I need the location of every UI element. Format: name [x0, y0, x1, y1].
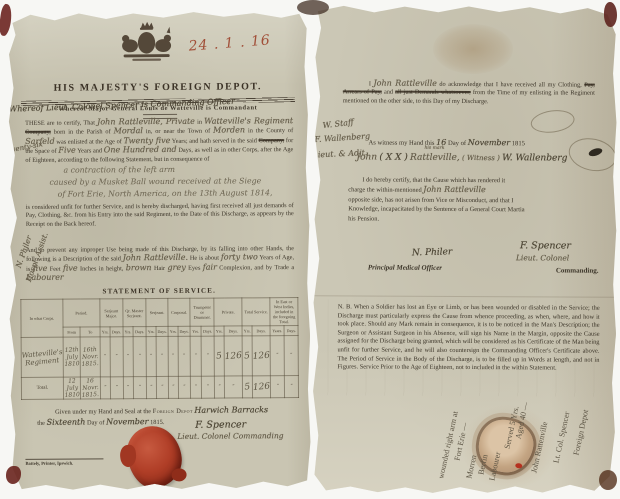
certification-paragraph: THESE are to certify, That John Rattlevi… — [25, 117, 293, 165]
ditto-cell: ″ — [123, 337, 134, 377]
private-years-value: 5 — [215, 352, 224, 361]
from-hand-1: 12th July — [63, 346, 80, 361]
day-hand: Sixteenth — [47, 417, 86, 426]
col-indies-days: Days. — [284, 326, 298, 336]
col-yrs: Yrs. — [242, 326, 252, 336]
royal-crest-graphic — [110, 18, 182, 67]
service-row: Watteville's Regiment 12th July 1810 16t… — [21, 336, 298, 378]
ditto-cell: ″ — [201, 336, 215, 376]
col-days: Days. — [133, 327, 146, 337]
to-hand-1: 16th Novr. — [81, 346, 100, 361]
description-paragraph: And to prevent any improper Use being ma… — [26, 245, 294, 283]
royal-coat-of-arms-icon — [110, 18, 182, 67]
embossed-stamp-oval-small — [529, 108, 576, 136]
total-years-value: 5 — [243, 352, 252, 361]
col-qr-master-serjeant: Qr. Master Serjeant. — [123, 299, 147, 327]
prevent-text-8: Complexion, and by Trade a — [217, 264, 294, 272]
service-to-cell: 16th Novr. 1815. — [80, 337, 100, 377]
his-mark-x: ( X X ) — [379, 153, 407, 163]
grand-total-days: 126 — [253, 382, 271, 391]
private-days-value: 126 — [225, 351, 243, 360]
cert-text-7: Years; and hath served in the said — [170, 137, 258, 145]
margin-staff-hand: W. Staff — [322, 118, 354, 131]
total-from-hand-2: 1810 — [64, 391, 81, 399]
embossed-crest-stain — [433, 24, 513, 74]
ditto-cell: ″ — [100, 337, 110, 377]
from-hand-2: 1810 — [63, 360, 80, 368]
ditto-cell: ″ — [123, 377, 134, 399]
docket-number: 24 . 1 . 16 — [188, 32, 271, 54]
ditto-cell: ″ — [147, 377, 157, 399]
given-line-1: Given under my Hand and Seal at the Fore… — [29, 405, 301, 417]
statement-of-service-title: STATEMENT OF SERVICE. — [8, 286, 310, 296]
cert-text-4: in, or near the Town of — [143, 128, 213, 135]
ditto-cell: ″ — [178, 376, 190, 398]
endorsement-depot: Foreign Depot — [572, 409, 591, 456]
struck-company-word: Company, — [25, 129, 51, 136]
col-indies-years: Years. — [270, 326, 284, 336]
prevent-text-2: He is about — [188, 255, 221, 262]
col-private: Private. — [214, 298, 242, 326]
col-yrs: Yrs. — [214, 326, 224, 336]
ditto-cell: ″ — [133, 377, 146, 399]
right-page-content: I John Rattleville do acknowledge that I… — [311, 3, 619, 496]
cert-text-6: was enlisted at the Age of — [55, 138, 124, 145]
ditto-cell: ″ — [215, 376, 225, 398]
prevent-text-5: Inches in height, — [78, 265, 126, 272]
cert-text-3: born in the Parish of — [51, 129, 114, 136]
total-days-value: 126 — [252, 351, 270, 360]
ditto-cell: ″ — [285, 376, 299, 398]
ditto-cell: ″ — [146, 337, 156, 377]
soldier-name-hand: John Rattleville, Private — [97, 117, 195, 127]
total-label-cell: Total. — [21, 377, 63, 399]
discharge-cause-line-3: of Fort Erie, North America, on the 13th… — [26, 187, 294, 201]
described-name-hand: John Rattleville. — [123, 253, 188, 262]
service-corps-cell: Watteville's Regiment — [21, 337, 63, 377]
ditto-cell: ″ — [270, 336, 285, 376]
col-yrs: Yrs. — [146, 327, 156, 337]
col-days: Days. — [156, 326, 168, 336]
service-from-cell: 12th July 1810 — [63, 337, 81, 377]
col-corps: In what Corps. — [21, 299, 63, 337]
ditto-cell: ″ — [110, 337, 123, 377]
col-yrs: Yrs. — [100, 327, 110, 337]
ditto-cell: ″ — [285, 336, 299, 376]
his-mark-caption: his mark — [425, 146, 445, 151]
nota-bene-block: N. B. When a Soldier has lost an Eye or … — [337, 303, 599, 373]
col-total-service: Total Service. — [242, 298, 270, 326]
cause-certificate-block: I do hereby certify, that the Cause whic… — [348, 175, 614, 224]
prevent-text-7: Eyes — [186, 265, 203, 272]
ditto-cell: ″ — [168, 336, 178, 376]
torn-corner-fragment — [297, 0, 329, 15]
ditto-cell: ″ — [133, 337, 146, 377]
inches-hand: five — [63, 263, 78, 272]
witness-year: 1815 — [510, 140, 525, 147]
col-yrs: Yrs. — [190, 326, 201, 336]
col-yrs: Yrs. — [168, 326, 178, 336]
acknowledgement-block: I John Rattleville do acknowledge that I… — [343, 79, 595, 107]
adjutant-signature: F. Wallenberg — [314, 132, 370, 145]
grand-total-years: 5 — [243, 383, 252, 392]
depot-title: HIS MAJESTY'S FOREIGN DEPOT. — [7, 81, 309, 94]
ack-text-3: and — [382, 89, 395, 96]
mark-first-name: John — [356, 152, 377, 162]
witness-text-2: Day of — [446, 140, 467, 147]
medical-officer-signature: N. Philer — [412, 247, 453, 258]
certify-line-5: his Pension. — [348, 214, 614, 225]
acknowledgement-paragraph: I John Rattleville do acknowledge that I… — [343, 79, 595, 107]
given-year: 1815. — [148, 418, 164, 425]
total-days-cell: 126 — [252, 336, 270, 376]
total-to-hand-1: 16 Novr. — [81, 377, 100, 392]
commanding-officer-rank-hand: Lieut. Colonel — [516, 253, 569, 262]
col-yrs: Yrs. — [123, 327, 133, 337]
complexion-hand: fair — [203, 262, 217, 271]
description-block: And to prevent any improper Use being ma… — [26, 245, 294, 283]
certify-text-2: charge the within-mentioned — [348, 187, 423, 194]
left-page-content: 24 . 1 . 16 HIS MAJESTY'S FOREIGN DEPOT.… — [6, 9, 311, 492]
eyes-hand: grey — [168, 263, 186, 272]
regiment-hand: Watteville's Regiment — [204, 116, 293, 126]
col-trumpeter-drummer: Trumpeter or Drummer. — [190, 298, 214, 326]
grand-total-years-cell: 5 — [243, 376, 253, 398]
mark-surname: Rattleville, — [410, 153, 460, 163]
foreign-depot-smallcaps: Foreign Depot — [153, 408, 193, 415]
witness-word: ( Witness ) — [462, 154, 500, 162]
service-days-hand: One Hundred and — [104, 145, 177, 155]
paper-fold-line — [312, 295, 617, 298]
town-hand: Morden — [213, 126, 245, 135]
cert-text-1: THESE are to certify, That — [25, 119, 97, 127]
certification-block: THESE are to certify, That John Rattlevi… — [25, 117, 294, 229]
medical-officer-title: Principal Medical Officer — [368, 263, 442, 271]
total-from-hand-1: 12 July — [63, 377, 80, 392]
total-to-cell: 16 Novr. 1815. — [81, 377, 101, 399]
col-days: Days. — [252, 326, 270, 336]
total-from-cell: 12 July 1810 — [63, 377, 81, 399]
ditto-cell: ″ — [169, 376, 179, 398]
cert-text-9: Years and — [76, 148, 104, 155]
given-under-hand-block: Given under my Hand and Seal at the Fore… — [29, 405, 301, 428]
col-corporal: Corporal. — [168, 298, 190, 326]
total-row: Total. 12 July 1810 16 Novr. 1815. ″ ″ ″… — [21, 376, 298, 400]
ditto-cell: ″ — [190, 336, 201, 376]
col-days: Days. — [224, 326, 242, 336]
commanding-label: Commanding. — [556, 266, 599, 274]
torn-corner-fragment — [0, 3, 13, 36]
col-days: Days. — [110, 327, 123, 337]
torn-corner-fragment — [599, 470, 617, 490]
private-years-cell: 5 — [214, 336, 224, 376]
witness-month-hand: November — [468, 138, 510, 147]
ditto-cell: ″ — [110, 377, 123, 399]
red-wax-seal — [124, 423, 185, 491]
ditto-cell: ″ — [178, 336, 191, 376]
ditto-cell: ″ — [191, 376, 202, 398]
col-from: From — [63, 327, 81, 337]
hair-hand: brown — [126, 263, 152, 272]
mark-witness-signature: W. Wallenberg — [502, 153, 567, 163]
ditto-cell: ″ — [201, 376, 215, 398]
commanding-officer-signature: F. Spencer — [520, 240, 571, 251]
commander-signature: F. Spencer — [195, 419, 246, 430]
ditto-cell: ″ — [156, 336, 169, 376]
place-hand: Harwich Barracks — [194, 405, 268, 415]
col-days: Days. — [201, 326, 214, 336]
total-years-cell: 5 — [242, 336, 252, 376]
certify-line-4: Knowledge, incapacitated by the Sentence… — [348, 205, 614, 216]
ditto-cell: ″ — [271, 376, 285, 398]
col-serjeant: Serjeant. — [146, 298, 168, 326]
nota-bene-paragraph: N. B. When a Soldier has lost an Eye or … — [337, 303, 599, 373]
given-line-2: the Sixteenth Day of November 1815. — [29, 416, 301, 428]
ditto-cell: ″ — [100, 377, 110, 399]
ack-text-2: do acknowledge that I have received all … — [437, 81, 584, 89]
service-years-hand: Five — [58, 146, 75, 155]
discharge-back-page: I John Rattleville do acknowledge that I… — [311, 3, 619, 496]
document-scan: 24 . 1 . 16 HIS MAJESTY'S FOREIGN DEPOT.… — [0, 0, 620, 499]
prevent-text-4: Feet — [47, 265, 63, 272]
given-text-1: Given under my Hand and Seal at the — [29, 408, 153, 416]
age-hand: forty two — [221, 253, 258, 262]
commander-signature-title: Lieut. Colonel Commanding — [177, 431, 283, 441]
ditto-cell: ″ — [156, 376, 168, 398]
printer-imprint: Battely, Printer, Ipswich. — [25, 458, 103, 466]
certify-name-hand: John Rattleville — [423, 185, 486, 194]
total-to-hand-2: 1815. — [81, 391, 100, 399]
cert-text-5: in the County of — [245, 127, 293, 134]
enlist-age-hand: Twenty five — [124, 136, 171, 145]
ditto-cell: ″ — [224, 376, 242, 398]
parish-hand: Mordal — [114, 127, 143, 136]
ack-name-hand: John Rattleville — [373, 79, 436, 88]
col-east-west-indies: In East or West Indies, included in the … — [270, 298, 298, 326]
col-days: Days. — [178, 326, 190, 336]
discharge-front-page: 24 . 1 . 16 HIS MAJESTY'S FOREIGN DEPOT.… — [6, 9, 311, 492]
month-hand: November — [106, 417, 148, 426]
grand-total-days-cell: 126 — [252, 376, 270, 398]
col-to: To — [80, 327, 100, 337]
torn-corner-fragment — [604, 2, 617, 27]
given-text-3: Day of — [85, 419, 106, 426]
col-period: Period. — [63, 299, 100, 327]
unfit-for-service-paragraph: is considered unfit for further Service,… — [26, 202, 294, 229]
statement-of-service-table: In what Corps. Period. Serjeant Major. Q… — [20, 297, 299, 400]
ack-struck-2: all just Demands whatsoever, — [395, 89, 471, 96]
struck-company-word-2: Company, — [259, 137, 285, 144]
private-days-cell: 126 — [224, 336, 242, 376]
to-hand-2: 1815. — [81, 360, 100, 368]
cert-text-2: in — [195, 119, 204, 126]
prevent-text-6: Hair — [152, 265, 168, 272]
col-serjeant-major: Serjeant Major. — [100, 299, 123, 327]
